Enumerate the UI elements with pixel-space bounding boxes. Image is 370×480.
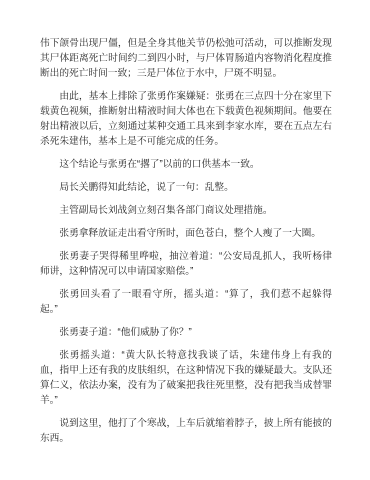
paragraph: 张勇回头看了一眼看守所，摇头道：“算了，我们惹不起躲得起。”: [40, 287, 332, 317]
paragraph: 张勇摇头道：“黄大队长特意找我谈了话，朱建伟身上有我的血，指甲上还有我的皮肤组织…: [40, 348, 332, 408]
text-content: 伟下颌骨出现尸僵，但是全身其他关节仍松弛可活动，可以推断发现其尸体距离死亡时间约…: [40, 36, 332, 446]
paragraph: 由此，基本上排除了张勇作案嫌疑：张勇在三点四十分在家里下载黄色视频，推断射出精液…: [40, 89, 332, 149]
paragraph: 张勇妻子道：“他们威胁了你？”: [40, 325, 332, 340]
paragraph: 局长关鹏得知此结论，说了一句：乱整。: [40, 180, 332, 195]
paragraph: 伟下颌骨出现尸僵，但是全身其他关节仍松弛可活动，可以推断发现其尸体距离死亡时间约…: [40, 36, 332, 81]
paragraph: 这个结论与张勇在“撂了”以前的口供基本一致。: [40, 157, 332, 172]
paragraph: 主管副局长刘战剑立刻召集各部门商议处理措施。: [40, 203, 332, 218]
paragraph: 张勇妻子哭得稀里哗啦，抽泣着道：“公安局乱抓人，我听杨律师讲，这种情况可以申请国…: [40, 249, 332, 279]
ebook-page: 伟下颌骨出现尸僵，但是全身其他关节仍松弛可活动，可以推断发现其尸体距离死亡时间约…: [0, 0, 370, 480]
paragraph: 说到这里，他打了个寒战，上车后就缩着脖子，披上所有能披的东西。: [40, 416, 332, 446]
paragraph: 张勇拿释放证走出看守所时，面色苍白，整个人瘦了一大圈。: [40, 226, 332, 241]
